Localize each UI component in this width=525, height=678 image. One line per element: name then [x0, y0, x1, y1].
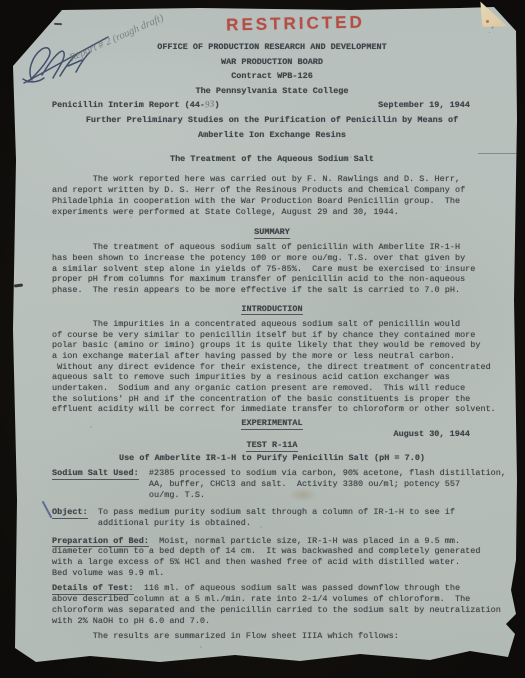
- preparation-block: Preparation of Bed: Moist, normal partic…: [52, 536, 492, 579]
- sodium-salt-label: Sodium Salt Used:: [52, 468, 139, 480]
- test-heading: TEST R-11A: [52, 440, 492, 452]
- report-number: Penicillin Interim Report (44-93): [52, 98, 220, 113]
- test-subtitle: Use of Amberlite IR-1-H to Purify Penici…: [52, 452, 492, 465]
- experimental-heading: EXPERIMENTAL: [52, 418, 492, 429]
- ink-dot: [11, 660, 15, 664]
- paper-sheet: RESTRICTED Report # 2 (rough draft) OFFI…: [10, 6, 518, 670]
- handwritten-report-number: 93: [204, 98, 215, 113]
- red-ink-specks: [486, 20, 489, 23]
- contract-line: Contract WPB-126: [52, 69, 492, 84]
- section-subtitle: The Treatment of the Aqueous Sodium Salt: [52, 153, 492, 165]
- scanned-document: RESTRICTED Report # 2 (rough draft) OFFI…: [0, 0, 525, 678]
- staple-mark: [54, 23, 62, 25]
- sodium-salt-block: Sodium Salt Used: #2385 processed to sod…: [52, 468, 492, 500]
- college-line: The Pennsylvania State College: [52, 84, 492, 99]
- report-date: September 19, 1944: [378, 98, 470, 113]
- summary-paragraph: The treatment of aqueous sodium salt of …: [52, 242, 492, 296]
- paper-specks: [10, 6, 12, 8]
- details-block: Details of Test: 116 ml. of aqueous sodi…: [52, 583, 492, 626]
- paper-stain: [288, 488, 318, 502]
- org-line: WAR PRODUCTION BOARD: [52, 55, 492, 70]
- typed-content: OFFICE OF PRODUCTION RESEARCH AND DEVELO…: [10, 6, 518, 642]
- experimental-date: August 30, 1944: [52, 429, 492, 440]
- summary-heading: SUMMARY: [52, 227, 492, 238]
- object-block: Object: To pass medium purity sodium sal…: [52, 507, 492, 528]
- paragraph-intro-work: The work reported here was carried out b…: [52, 174, 492, 217]
- restricted-stamp: RESTRICTED: [208, 12, 383, 36]
- folded-corner: [478, 0, 508, 28]
- introduction-paragraph: The impurities in a concentrated aqueous…: [52, 319, 492, 415]
- staple-mark: [30, 22, 38, 25]
- title-line: Amberlite Ion Exchange Resins: [52, 128, 492, 143]
- closing-line: The results are summarized in Flow sheet…: [52, 631, 492, 642]
- introduction-heading: INTRODUCTION: [52, 304, 492, 315]
- title-line: Further Preliminary Studies on the Purif…: [52, 113, 492, 128]
- pencil-edge-line: [478, 153, 525, 154]
- report-number-line: Penicillin Interim Report (44-93) Septem…: [52, 98, 492, 113]
